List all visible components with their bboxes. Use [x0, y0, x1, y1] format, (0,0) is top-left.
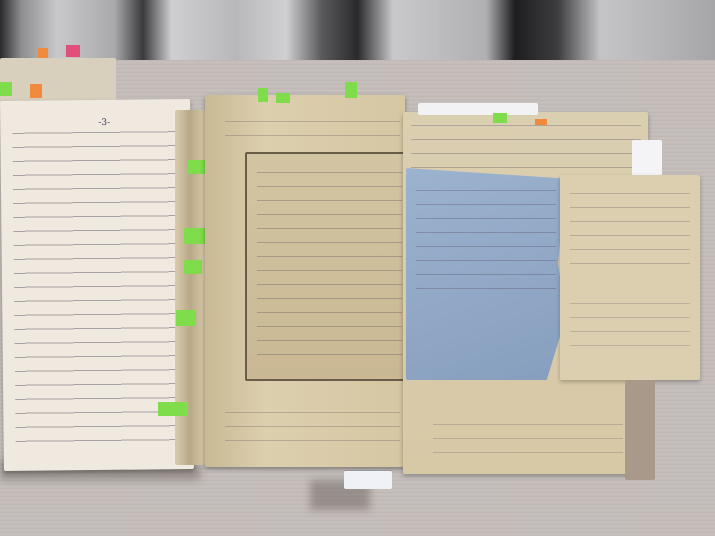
- handwritten-note: [560, 175, 700, 380]
- white-paper-slip: [632, 140, 662, 180]
- sticky-tab: [176, 310, 196, 326]
- sticky-tab: [258, 88, 268, 102]
- handwritten-text: [257, 164, 402, 364]
- typewritten-text: [225, 115, 400, 145]
- blue-paper-sheet: [406, 168, 566, 380]
- sticky-tab: [184, 260, 202, 274]
- handwritten-text: [570, 295, 690, 355]
- handwritten-text: [411, 122, 641, 177]
- typewritten-text: [225, 400, 400, 450]
- sticky-tab: [493, 113, 507, 123]
- white-paper-slips: [418, 103, 538, 115]
- handwritten-text: [570, 183, 690, 273]
- handwritten-text: [433, 412, 623, 462]
- white-bookmark: [344, 470, 392, 489]
- sticky-tab: [66, 45, 80, 57]
- sticky-tab: [276, 93, 290, 103]
- manuscripts-photo: -3-: [0, 0, 715, 536]
- sticky-tab: [38, 48, 48, 58]
- page-number: -3-: [98, 118, 110, 128]
- handwritten-card: [245, 152, 409, 381]
- sticky-tab: [158, 402, 188, 416]
- cardboard-cover: [625, 380, 655, 480]
- handwritten-text: [416, 178, 556, 298]
- sticky-tab: [535, 119, 547, 125]
- sticky-tab: [30, 84, 42, 98]
- sticky-tab: [184, 228, 206, 244]
- background-curtain: [0, 0, 715, 62]
- sticky-tab: [345, 82, 357, 98]
- sticky-tab: [0, 82, 12, 96]
